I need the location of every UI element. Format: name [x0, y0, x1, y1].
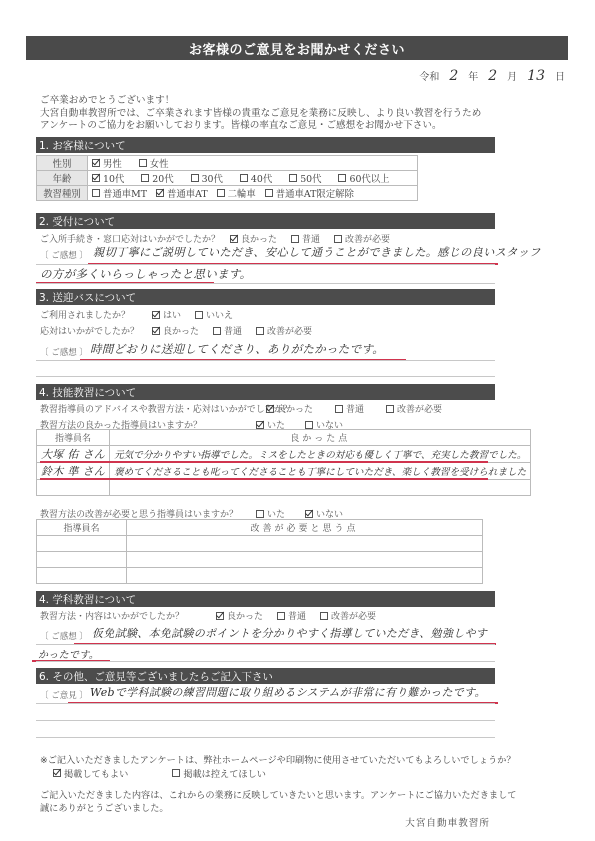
- section-4-header: 4. 技能教習について: [36, 384, 495, 400]
- checkbox-checked[interactable]: [266, 405, 274, 413]
- section-6-header: 6. その他、ご意見等ございましたらご記入下さい: [36, 668, 495, 684]
- improve-instructor-table: 指導員名 改善が必要と思う点: [36, 519, 483, 584]
- section-1-header: 1. お客様について: [36, 137, 495, 153]
- date-day[interactable]: 13: [527, 68, 545, 84]
- instructor-name-cell[interactable]: [37, 568, 127, 584]
- instructor-good-option[interactable]: 良かった: [266, 402, 313, 415]
- table-header-row: 指導員名 良かった点: [37, 430, 531, 446]
- instructor-name-cell[interactable]: [37, 536, 127, 552]
- table-row: 大塚 佑 さん 元気で分かりやすい指導でした。ミスをしたときの対応も優しく丁寧で…: [37, 446, 531, 463]
- bus-usage-no-option[interactable]: いいえ: [195, 308, 233, 321]
- rule-line: [36, 661, 495, 662]
- reception-comment-label: 〔 ご感想 〕: [40, 249, 88, 261]
- course-type-label: 教習種別: [37, 186, 88, 201]
- instructor-name-cell[interactable]: 鈴木 準 さん: [37, 463, 110, 480]
- course-mt-option[interactable]: 普通車MT: [92, 186, 147, 200]
- date-era: 令和: [419, 68, 439, 83]
- rule-line: [36, 283, 495, 284]
- bus-comment-label: 〔 ご感想 〕: [40, 346, 88, 358]
- table-row: 鈴木 準 さん 褒めてくださることも叱ってくださることも丁寧にしていただき、楽し…: [37, 463, 531, 480]
- checkbox[interactable]: [291, 235, 299, 243]
- improve-point-cell[interactable]: [127, 536, 483, 552]
- table-row: [37, 536, 483, 552]
- date-year-label: 年: [468, 68, 478, 83]
- academic-normal-option[interactable]: 普通: [277, 609, 306, 622]
- instructor-name-cell[interactable]: 大塚 佑 さん: [37, 446, 110, 463]
- gender-male-option[interactable]: 男性: [92, 156, 122, 170]
- academic-needs-improvement-option[interactable]: 改善が必要: [320, 609, 376, 622]
- rule-line: [36, 376, 495, 377]
- instructor-name-cell[interactable]: [37, 552, 127, 568]
- rule-line: [36, 360, 495, 361]
- checkbox-checked[interactable]: [156, 189, 164, 197]
- age-30s-option[interactable]: 30代: [191, 171, 223, 185]
- table-row: [37, 480, 531, 496]
- consent-question: ※ご記入いただきましたアンケートは、弊社ホームページや印刷物に使用させていただい…: [40, 752, 516, 766]
- good-point-cell[interactable]: [110, 480, 531, 496]
- checkbox[interactable]: [191, 174, 199, 182]
- instructor-rating-question: 教習指導員のアドバイスや教習方法・応対はいかがでしたか？: [40, 402, 266, 415]
- checkbox-checked[interactable]: [152, 327, 160, 335]
- checkbox[interactable]: [335, 405, 343, 413]
- checkbox-checked[interactable]: [92, 174, 100, 182]
- date-day-label: 日: [555, 68, 565, 83]
- course-at-option[interactable]: 普通車AT: [156, 186, 208, 200]
- date-month-label: 月: [507, 68, 517, 83]
- academic-question-row: 教習方法・内容はいかがでしたか？ 良かった 普通 改善が必要: [40, 609, 390, 622]
- checkbox[interactable]: [338, 174, 346, 182]
- underline-mark: [40, 461, 488, 463]
- bus-comment-line-1[interactable]: 時間どおりに送迎してくださり、ありがたかったです。: [90, 341, 384, 357]
- checkbox[interactable]: [256, 327, 264, 335]
- intro-line-2: 大宮自動車教習所では、ご卒業されます皆様の貴重なご意見を業務に反映し、より良い教…: [40, 108, 481, 121]
- checkbox[interactable]: [320, 612, 328, 620]
- academic-question: 教習方法・内容はいかがでしたか？: [40, 609, 216, 622]
- rule-line: [36, 644, 495, 645]
- gender-label: 性別: [37, 156, 88, 171]
- date-month[interactable]: 2: [488, 68, 497, 84]
- intro-line-3: アンケートのご協力をお願いしております。皆様の率直なご意見・ご感想をお聞かせ下さ…: [40, 120, 481, 133]
- age-20s-option[interactable]: 20代: [141, 171, 173, 185]
- instructor-normal-option[interactable]: 普通: [335, 402, 364, 415]
- closing-line-1: ご記入いただきました内容は、これからの業務に反映していきたいと思います。アンケー…: [40, 789, 516, 802]
- consent-allow-option[interactable]: 掲載してもよい: [53, 766, 128, 780]
- checkbox-checked[interactable]: [305, 510, 313, 518]
- checkbox[interactable]: [305, 421, 313, 429]
- checkbox[interactable]: [256, 510, 264, 518]
- age-60s-plus-option[interactable]: 60代以上: [338, 171, 389, 185]
- gender-female-option[interactable]: 女性: [139, 156, 169, 170]
- checkbox[interactable]: [141, 174, 149, 182]
- checkbox-checked[interactable]: [216, 612, 224, 620]
- bus-usage-yes-option[interactable]: はい: [152, 308, 181, 321]
- bus-usage-question: ご利用されましたか？: [40, 308, 152, 321]
- gender-row: 性別 男性 女性: [37, 156, 418, 171]
- table-row: [37, 568, 483, 584]
- section-3-header: 3. 送迎バスについて: [36, 289, 495, 305]
- instructor-rating-row: 教習指導員のアドバイスや教習方法・応対はいかがでしたか？ 良かった 普通 改善が…: [40, 402, 456, 415]
- closing-line-2: 誠にありがとうございました。: [40, 802, 516, 815]
- reception-comment-line-2[interactable]: の方が多くいらっしゃったと思います。: [40, 266, 251, 282]
- rule-line: [36, 703, 495, 704]
- checkbox[interactable]: [213, 327, 221, 335]
- instructor-name-header: 指導員名: [37, 430, 110, 446]
- checkbox-checked[interactable]: [152, 311, 160, 319]
- checkbox-checked[interactable]: [256, 421, 264, 429]
- rule-line: [36, 720, 495, 721]
- bus-service-row: 応対はいかがでしたか？ 良かった 普通 改善が必要: [40, 324, 326, 337]
- checkbox[interactable]: [289, 174, 297, 182]
- date-row: 令和 2 年 2 月 13 日: [419, 68, 565, 84]
- form-title: お客様のご意見をお聞かせください: [26, 36, 568, 60]
- course-motorcycle-option[interactable]: 二輪車: [217, 186, 256, 200]
- instructor-needs-improvement-option[interactable]: 改善が必要: [386, 402, 442, 415]
- checkbox[interactable]: [172, 769, 180, 777]
- checkbox[interactable]: [277, 612, 285, 620]
- other-comment-label: 〔 ご意見 〕: [40, 689, 88, 701]
- checkbox-checked[interactable]: [230, 235, 238, 243]
- customer-info-table: 性別 男性 女性 年齢 10代 20代 30代 40代 50代 60代以上 教習…: [36, 155, 418, 201]
- closing-text: ご記入いただきました内容は、これからの業務に反映していきたいと思います。アンケー…: [40, 789, 516, 815]
- checkbox[interactable]: [265, 189, 273, 197]
- school-signature: 大宮自動車教習所: [405, 815, 490, 829]
- bus-service-normal-option[interactable]: 普通: [213, 324, 242, 337]
- bus-service-good-option[interactable]: 良かった: [152, 324, 199, 337]
- good-points-header: 良かった点: [110, 430, 531, 446]
- table-header-row: 指導員名 改善が必要と思う点: [37, 520, 483, 536]
- checkbox[interactable]: [92, 189, 100, 197]
- underline-mark: [40, 478, 488, 480]
- academic-good-option[interactable]: 良かった: [216, 609, 263, 622]
- academic-comment-label: 〔 ご感想 〕: [40, 630, 88, 642]
- checkbox-checked[interactable]: [53, 769, 61, 777]
- intro-line-1: ご卒業おめでとうございます！: [40, 95, 481, 108]
- checkbox[interactable]: [386, 405, 394, 413]
- bus-service-needs-improvement-option[interactable]: 改善が必要: [256, 324, 312, 337]
- improve-point-cell[interactable]: [127, 568, 483, 584]
- academic-comment-line-2[interactable]: かったです。: [38, 646, 99, 661]
- checkbox[interactable]: [139, 159, 147, 167]
- section-2-header: 2. 受付について: [36, 213, 495, 229]
- age-40s-option[interactable]: 40代: [240, 171, 272, 185]
- bus-service-question: 応対はいかがでしたか？: [40, 324, 152, 337]
- instructor-name-cell[interactable]: [37, 480, 110, 496]
- rule-line: [36, 737, 495, 738]
- checkbox[interactable]: [217, 189, 225, 197]
- instructor-name-header: 指導員名: [37, 520, 127, 536]
- section-5-header: 4. 学科教習について: [36, 591, 495, 607]
- age-50s-option[interactable]: 50代: [289, 171, 321, 185]
- bus-usage-row: ご利用されましたか？ はい いいえ: [40, 308, 247, 321]
- age-row: 年齢 10代 20代 30代 40代 50代 60代以上: [37, 171, 418, 186]
- consent-decline-option[interactable]: 掲載は控えてほしい: [172, 766, 266, 780]
- date-year[interactable]: 2: [449, 68, 458, 84]
- checkbox[interactable]: [195, 311, 203, 319]
- good-point-cell[interactable]: 褒めてくださることも叱ってくださることも丁寧にしていただき、楽しく教習を受けられ…: [110, 463, 531, 480]
- good-point-cell[interactable]: 元気で分かりやすい指導でした。ミスをしたときの対応も優しく丁寧で、充実した教習で…: [110, 446, 531, 463]
- course-type-row: 教習種別 普通車MT 普通車AT 二輪車 普通車AT限定解除: [37, 186, 418, 201]
- reception-comment-line-1[interactable]: 親切丁寧にご説明していただき、安心して通うことができました。感じの良いスタッフ: [93, 244, 541, 260]
- age-10s-option[interactable]: 10代: [92, 171, 124, 185]
- course-at-limit-release-option[interactable]: 普通車AT限定解除: [265, 186, 354, 200]
- improve-points-header: 改善が必要と思う点: [127, 520, 483, 536]
- table-row: [37, 552, 483, 568]
- checkbox[interactable]: [334, 235, 342, 243]
- intro-text: ご卒業おめでとうございます！ 大宮自動車教習所では、ご卒業されます皆様の貴重なご…: [40, 95, 481, 133]
- rule-line: [36, 264, 495, 265]
- consent-options: 掲載してもよい 掲載は控えてほしい: [53, 766, 280, 780]
- age-label: 年齢: [37, 171, 88, 186]
- other-comment-line-1[interactable]: Webで学科試験の練習問題に取り組めるシステムが非常に有り難かったです。: [90, 684, 486, 700]
- checkbox-checked[interactable]: [92, 159, 100, 167]
- checkbox[interactable]: [240, 174, 248, 182]
- improve-point-cell[interactable]: [127, 552, 483, 568]
- academic-comment-line-1[interactable]: 仮免試験、本免試験のポイントを分かりやすく指導していただき、勉強しやす: [92, 625, 487, 641]
